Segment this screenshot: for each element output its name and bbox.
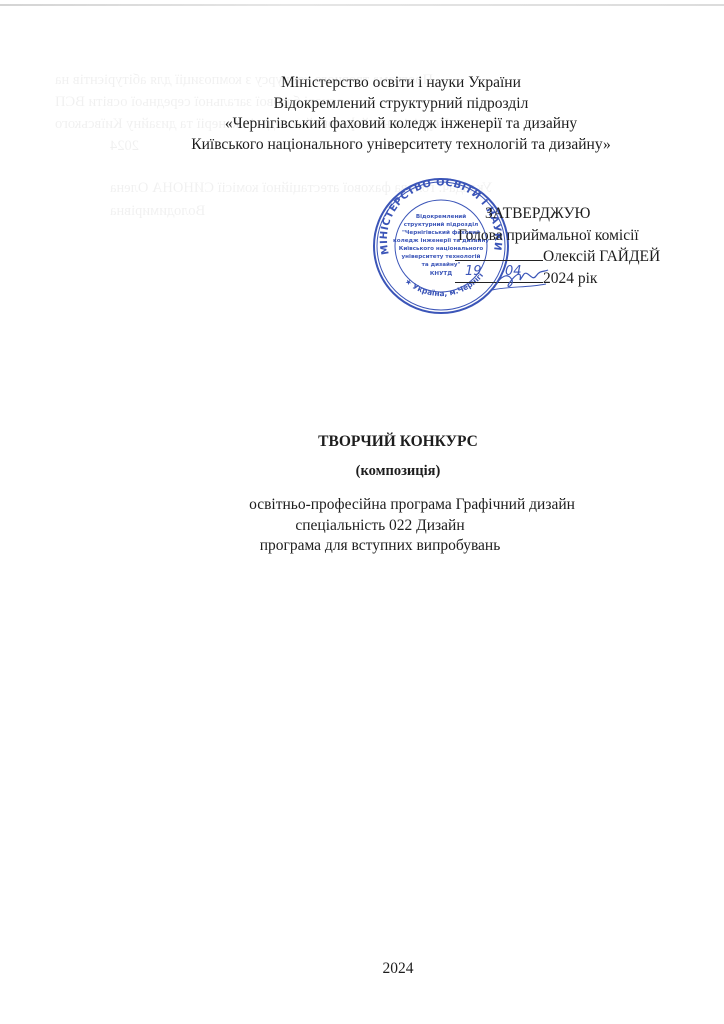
program-line: освітньо-професійна програма Графічний д… — [100, 495, 724, 516]
footer-year: 2024 — [36, 960, 724, 978]
signature-icon — [490, 266, 550, 294]
scan-edge — [0, 4, 724, 6]
approve-label: ЗАТВЕРДЖУЮ — [485, 203, 660, 225]
date-day: 19 — [465, 261, 482, 283]
document-subtitle: (композиція) — [36, 463, 724, 480]
specialty-line: спеціальність 022 Дизайн — [36, 516, 724, 537]
approver-name: Олексій ГАЙДЕЙ — [543, 248, 660, 265]
purpose-line: програма для вступних випробувань — [36, 536, 724, 557]
document-title: ТВОРЧИЙ КОНКУРС — [36, 433, 724, 451]
signature-line — [455, 246, 543, 261]
program-description: освітньо-професійна програма Графічний д… — [0, 495, 724, 557]
date-row: 19 04 2024 рік — [440, 268, 660, 290]
date-year: 2024 рік — [543, 270, 597, 287]
header-line-university: Київського національного університету те… — [78, 135, 724, 156]
approval-block: ЗАТВЕРДЖУЮ Голова приймальної комісії Ол… — [440, 203, 660, 289]
header-line-unit: Відокремлений структурний підрозділ — [78, 94, 724, 115]
approver-position: Голова приймальної комісії — [458, 225, 660, 247]
bleed-through-text: Володимирівна — [110, 203, 205, 220]
header-line-ministry: Міністерство освіти і науки України — [78, 73, 724, 94]
institution-header: Міністерство освіти і науки України Відо… — [0, 73, 724, 155]
header-line-college: «Чернігівський фаховий коледж інженерії … — [78, 114, 724, 135]
